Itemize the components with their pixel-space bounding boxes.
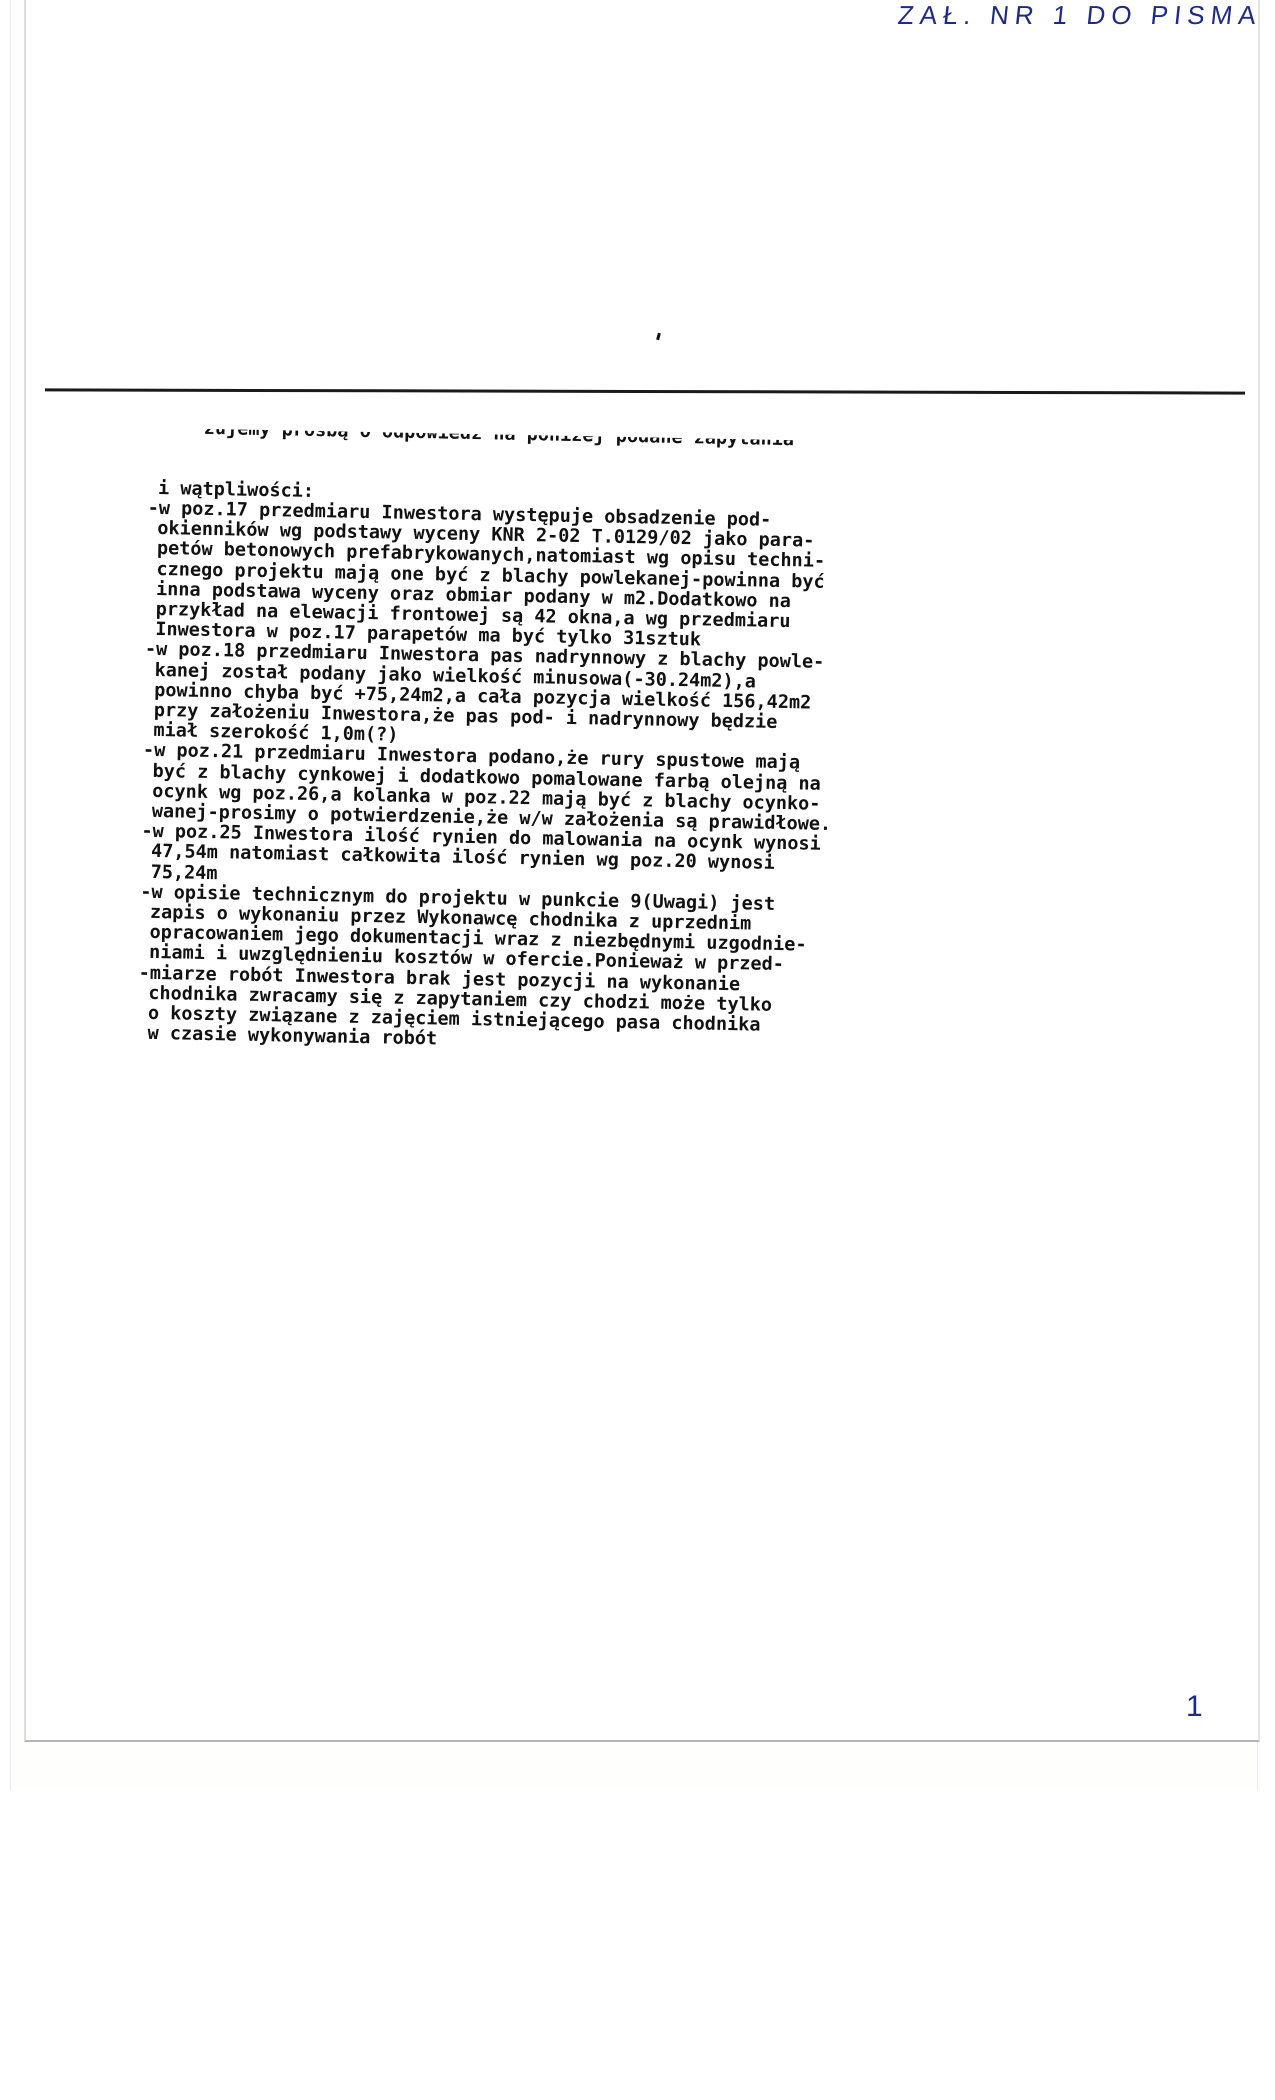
attachment-note: ZAŁ. NR 1 DO PISMA [896, 0, 1263, 31]
partial-top-line: zujemy prośbą o odpowiedź na poniżej pod… [159, 428, 1059, 455]
page-number: 1 [1186, 1690, 1203, 1724]
partial-top-line-text: zujemy prośbą o odpowiedź na poniżej pod… [159, 428, 794, 450]
text-lines: i wątpliwości:-w poz.17 przedmiaru Inwes… [147, 479, 1058, 1062]
typed-text-block: zujemy prośbą o odpowiedź na poniżej pod… [147, 388, 1060, 1082]
